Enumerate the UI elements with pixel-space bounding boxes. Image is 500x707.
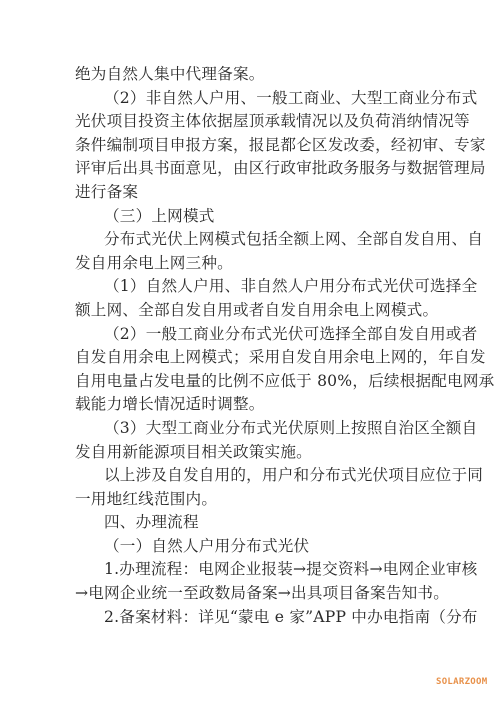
text-line: 2.备案材料：详见“蒙电 e 家”APP 中办电指南（分布 [75,606,425,630]
text-line: 光伏项目投资主体依据屋顶承载情况以及负荷消纳情况等 [75,110,425,134]
text-line: （2）一般工商业分布式光伏可选择全部自发自用或者 [75,323,425,347]
text-line: 条件编制项目申报方案，报昆都仑区发改委，经初审、专家 [75,134,425,158]
text-line: 进行备案 [75,181,425,205]
section-heading: 四、办理流程 [75,511,425,535]
text-line: 1.办理流程：电网企业报装→提交资料→电网企业审核 [75,558,425,582]
text-line: 额上网、全部自发自用或者自发自用余电上网模式。 [75,299,425,323]
section-heading: （三）上网模式 [75,205,425,229]
text-line: 分布式光伏上网模式包括全额上网、全部自发自用、自 [75,228,425,252]
text-line: 发自用新能源项目相关政策实施。 [75,441,425,465]
text-line: 自发自用余电上网模式；采用自发自用余电上网的，年自发 [75,346,425,370]
text-line: 发自用余电上网三种。 [75,252,425,276]
text-line: 载能力增长情况适时调整。 [75,393,425,417]
text-line: 评审后出具书面意见，由区行政审批政务服务与数据管理局 [75,157,425,181]
text-line: （2）非自然人户用、一般工商业、大型工商业分布式 [75,87,425,111]
text-line: （1）自然人户用、非自然人户用分布式光伏可选择全 [75,275,425,299]
text-line: →电网企业统一至政数局备案→出具项目备案告知书。 [75,582,425,606]
text-line: 一用地红线范围内。 [75,488,425,512]
watermark-logo: SOLARZOOM [436,677,487,687]
text-line: 自用电量占发电量的比例不应低于 80%，后续根据配电网承 [75,370,425,394]
text-line: （3）大型工商业分布式光伏原则上按照自治区全额自 [75,417,425,441]
text-line: 绝为自然人集中代理备案。 [75,63,425,87]
text-line: 以上涉及自发自用的，用户和分布式光伏项目应位于同 [75,464,425,488]
document-page: 绝为自然人集中代理备案。 （2）非自然人户用、一般工商业、大型工商业分布式 光伏… [75,63,425,629]
subsection-heading: （一）自然人户用分布式光伏 [75,535,425,559]
